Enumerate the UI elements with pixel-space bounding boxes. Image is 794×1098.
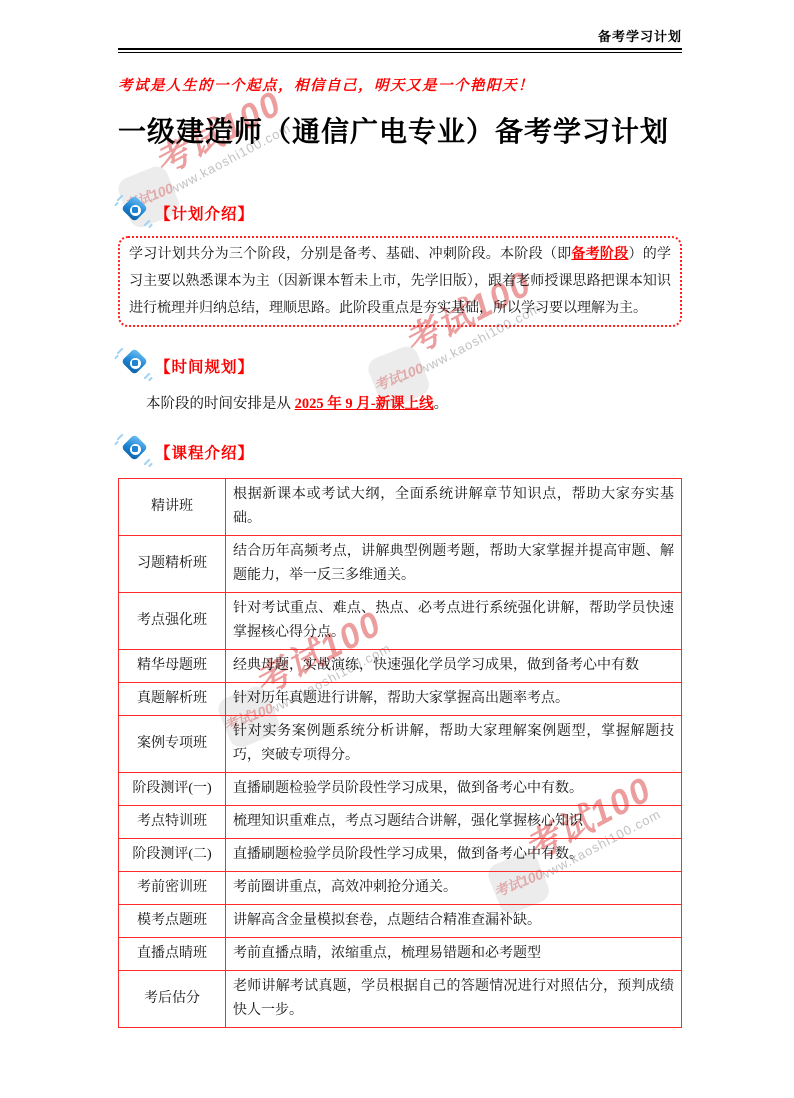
course-desc-cell: 考前直播点睛，浓缩重点，梳理易错题和必考题型 bbox=[226, 938, 682, 971]
table-row: 考前密训班 考前圈讲重点，高效冲刺抢分通关。 bbox=[119, 872, 682, 905]
course-desc-cell: 根据新课本或考试大纲，全面系统讲解章节知识点，帮助大家夯实基础。 bbox=[226, 479, 682, 536]
table-row: 阶段测评(一) 直播刷题检验学员阶段性学习成果，做到备考心中有数。 bbox=[119, 773, 682, 806]
table-row: 直播点睛班 考前直播点睛，浓缩重点，梳理易错题和必考题型 bbox=[119, 938, 682, 971]
section-course-heading: 【课程介绍】 bbox=[118, 439, 682, 465]
course-name-cell: 考点强化班 bbox=[119, 593, 226, 650]
table-row: 考点强化班 针对考试重点、难点、热点、必考点进行系统强化讲解，帮助学员快速掌握核… bbox=[119, 593, 682, 650]
time-text: 本阶段的时间安排是从 bbox=[146, 396, 295, 412]
course-desc-cell: 经典母题，实战演练，快速强化学员学习成果，做到备考心中有数 bbox=[226, 650, 682, 683]
course-name-cell: 精华母题班 bbox=[119, 650, 226, 683]
page-header: 备考学习计划 bbox=[118, 26, 682, 45]
table-row: 阶段测评(二) 直播刷题检验学员阶段性学习成果，做到备考心中有数。 bbox=[119, 839, 682, 872]
time-highlight: 2025 年 9 月-新课上线 bbox=[295, 396, 434, 412]
time-paragraph: 本阶段的时间安排是从 2025 年 9 月-新课上线。 bbox=[118, 392, 682, 413]
course-name-cell: 考点特训班 bbox=[119, 806, 226, 839]
course-name-cell: 案例专项班 bbox=[119, 716, 226, 773]
plan-intro-box: 学习计划共分为三个阶段，分别是备考、基础、冲刺阶段。本阶段（即备考阶段）的学习主… bbox=[118, 236, 682, 327]
plan-intro-text: 学习计划共分为三个阶段，分别是备考、基础、冲刺阶段。本阶段（即 bbox=[129, 247, 571, 262]
table-row: 考点特训班 梳理知识重难点，考点习题结合讲解，强化掌握核心知识 bbox=[119, 806, 682, 839]
course-desc-cell: 讲解高含金量模拟套卷，点题结合精准查漏补缺。 bbox=[226, 905, 682, 938]
course-name-cell: 阶段测评(二) bbox=[119, 839, 226, 872]
course-name-cell: 模考点题班 bbox=[119, 905, 226, 938]
document-page: 考试100 考试100 www.kaoshi100.com 考试100 考试10… bbox=[0, 0, 794, 1098]
table-row: 案例专项班 针对实务案例题系统分析讲解，帮助大家理解案例题型，掌握解题技巧，突破… bbox=[119, 716, 682, 773]
course-desc-cell: 考前圈讲重点，高效冲刺抢分通关。 bbox=[226, 872, 682, 905]
section-time-title: 【时间规划】 bbox=[155, 355, 254, 377]
table-row: 考后估分 老师讲解考试真题，学员根据自己的答题情况进行对照估分，预判成绩快人一步… bbox=[119, 971, 682, 1028]
course-desc-cell: 结合历年高频考点，讲解典型例题考题，帮助大家掌握并提高审题、解题能力，举一反三多… bbox=[226, 536, 682, 593]
course-desc-cell: 针对实务案例题系统分析讲解，帮助大家理解案例题型，掌握解题技巧，突破专项得分。 bbox=[226, 716, 682, 773]
table-row: 真题解析班 针对历年真题进行讲解，帮助大家掌握高出题率考点。 bbox=[119, 683, 682, 716]
section-course-title: 【课程介绍】 bbox=[155, 441, 254, 463]
course-name-cell: 习题精析班 bbox=[119, 536, 226, 593]
course-desc-cell: 直播刷题检验学员阶段性学习成果，做到备考心中有数。 bbox=[226, 839, 682, 872]
course-desc-cell: 梳理知识重难点，考点习题结合讲解，强化掌握核心知识 bbox=[226, 806, 682, 839]
course-desc-cell: 针对考试重点、难点、热点、必考点进行系统强化讲解，帮助学员快速掌握核心得分点。 bbox=[226, 593, 682, 650]
diamond-icon bbox=[118, 194, 152, 226]
course-name-cell: 直播点睛班 bbox=[119, 938, 226, 971]
course-table: 精讲班 根据新课本或考试大纲，全面系统讲解章节知识点，帮助大家夯实基础。 习题精… bbox=[118, 478, 682, 1028]
plan-intro-highlight: 备考阶段 bbox=[571, 247, 628, 262]
time-text-after: 。 bbox=[434, 396, 449, 412]
course-desc-cell: 直播刷题检验学员阶段性学习成果，做到备考心中有数。 bbox=[226, 773, 682, 806]
table-row: 模考点题班 讲解高含金量模拟套卷，点题结合精准查漏补缺。 bbox=[119, 905, 682, 938]
course-desc-cell: 针对历年真题进行讲解，帮助大家掌握高出题率考点。 bbox=[226, 683, 682, 716]
header-rule bbox=[118, 48, 682, 53]
page-title: 一级建造师（通信广电专业）备考学习计划 bbox=[118, 110, 682, 150]
course-name-cell: 考后估分 bbox=[119, 971, 226, 1028]
section-plan-title: 【计划介绍】 bbox=[155, 202, 254, 224]
course-name-cell: 真题解析班 bbox=[119, 683, 226, 716]
diamond-icon bbox=[118, 347, 152, 379]
course-name-cell: 精讲班 bbox=[119, 479, 226, 536]
table-row: 习题精析班 结合历年高频考点，讲解典型例题考题，帮助大家掌握并提高审题、解题能力… bbox=[119, 536, 682, 593]
section-plan-heading: 【计划介绍】 bbox=[118, 200, 682, 226]
header-title: 备考学习计划 bbox=[598, 26, 682, 45]
table-row: 精讲班 根据新课本或考试大纲，全面系统讲解章节知识点，帮助大家夯实基础。 bbox=[119, 479, 682, 536]
course-desc-cell: 老师讲解考试真题，学员根据自己的答题情况进行对照估分，预判成绩快人一步。 bbox=[226, 971, 682, 1028]
table-row: 精华母题班 经典母题，实战演练，快速强化学员学习成果，做到备考心中有数 bbox=[119, 650, 682, 683]
section-time-heading: 【时间规划】 bbox=[118, 353, 682, 379]
diamond-icon bbox=[118, 433, 152, 465]
motto-text: 考试是人生的一个起点，相信自己，明天又是一个艳阳天！ bbox=[118, 74, 682, 95]
course-name-cell: 考前密训班 bbox=[119, 872, 226, 905]
course-name-cell: 阶段测评(一) bbox=[119, 773, 226, 806]
